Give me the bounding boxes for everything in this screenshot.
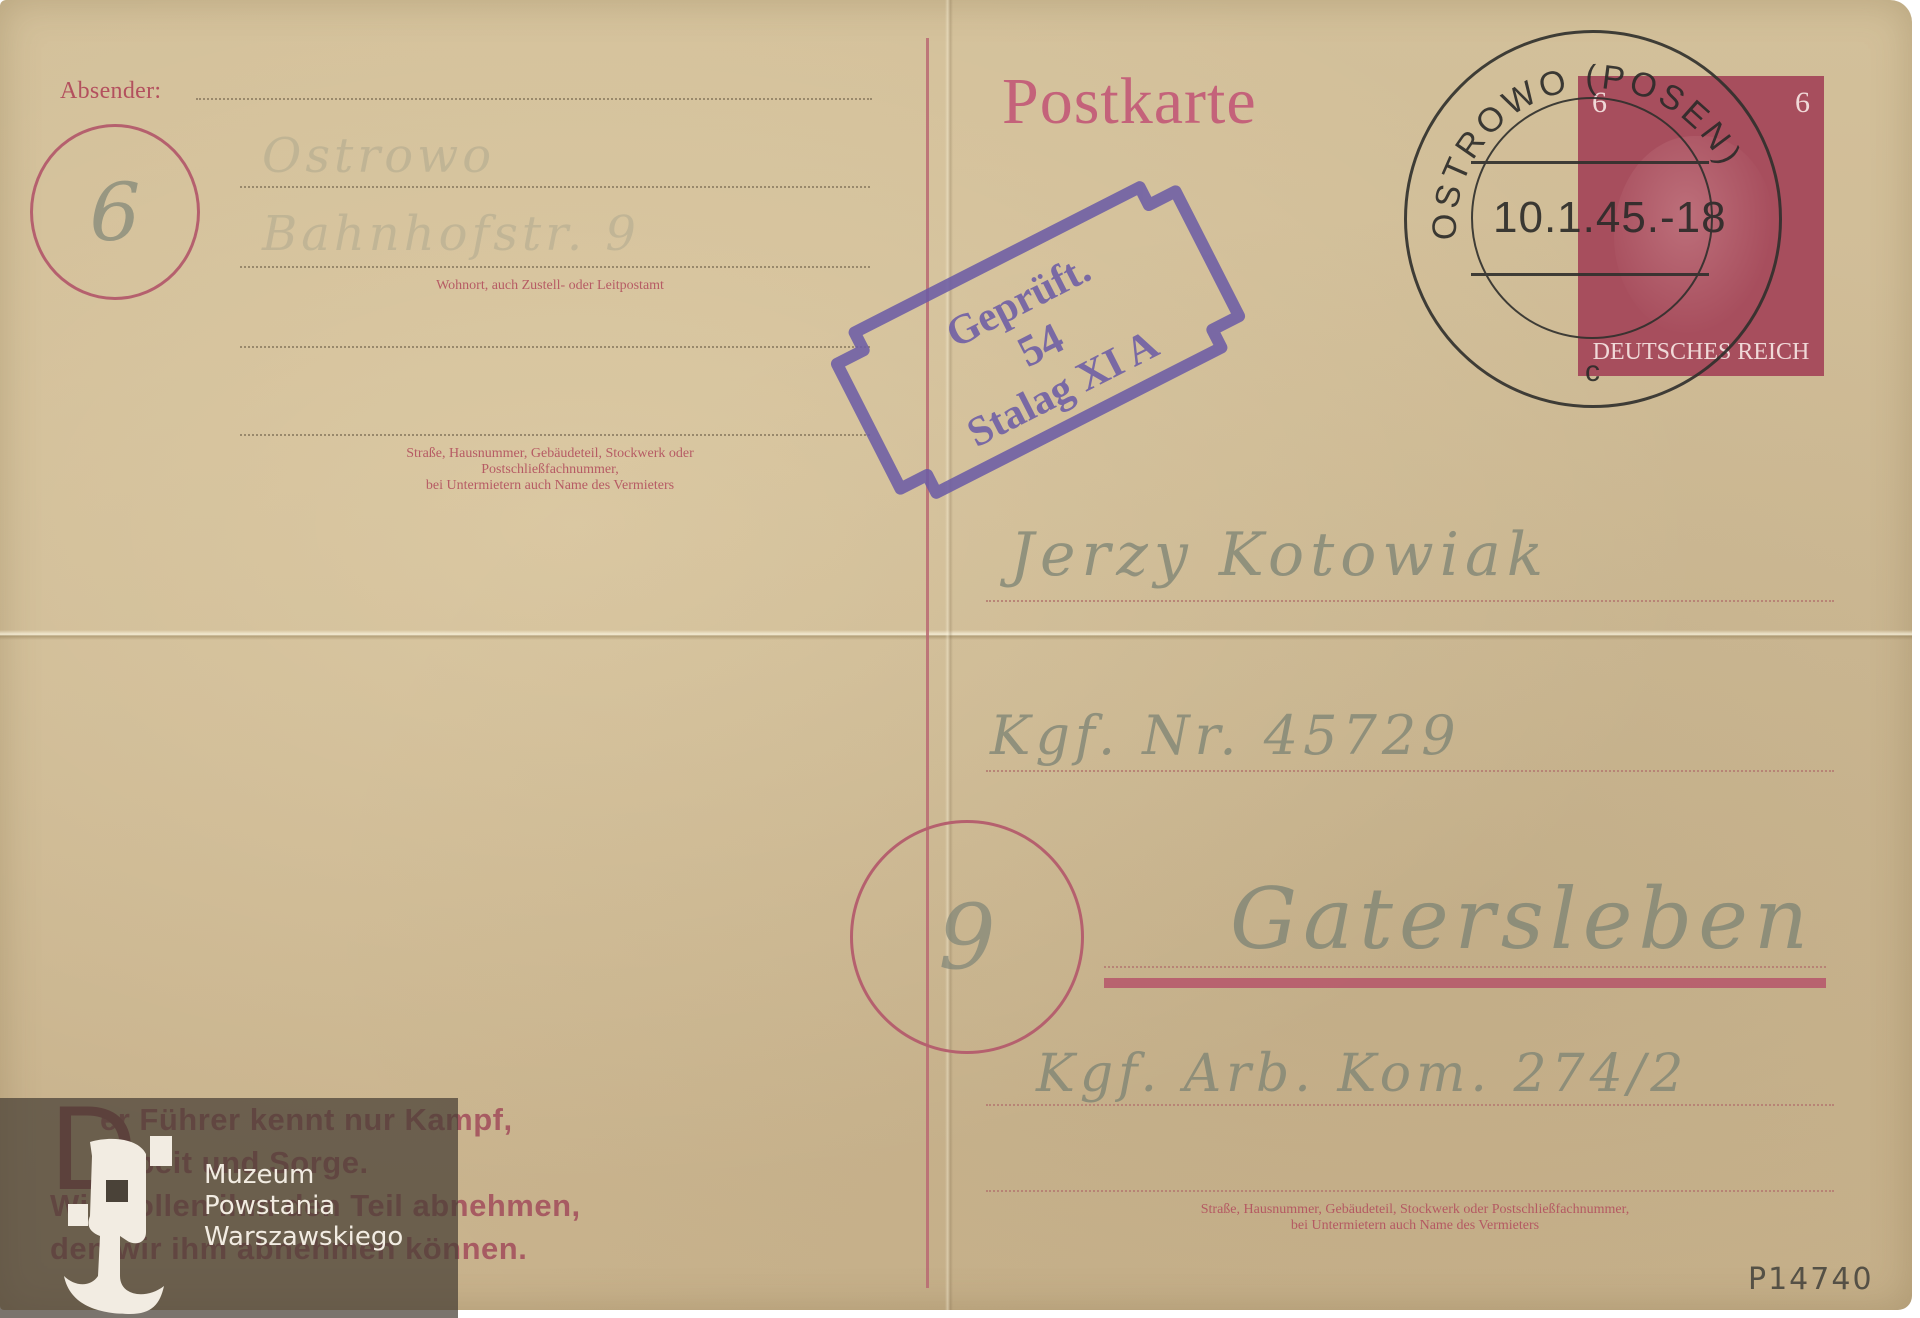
address-dotted-line	[986, 600, 1834, 602]
inventory-number: P14740	[1748, 1262, 1874, 1297]
sender-dotted-line	[240, 346, 870, 348]
address-dotted-line	[986, 1190, 1834, 1192]
recipient-street-caption-line2: bei Untermietern auch Name des Vermieter…	[1000, 1218, 1830, 1234]
address-dotted-line	[986, 770, 1834, 772]
stamp-value-right: 6	[1795, 86, 1810, 120]
recipient-circle-number: 9	[938, 885, 995, 990]
sender-dotted-line	[240, 434, 870, 436]
censor-stamp: Geprüft. 54 Stalag XI A	[808, 160, 1268, 520]
museum-name-line1: Muzeum	[204, 1160, 403, 1191]
postkarte-title: Postkarte	[1002, 64, 1257, 140]
address-dotted-line	[986, 1104, 1834, 1106]
postmark-bar	[1471, 273, 1709, 276]
address-dotted-line	[1104, 966, 1826, 968]
museum-watermark: Muzeum Powstania Warszawskiego	[0, 1098, 458, 1318]
sender-street-caption-line2: Postschließfachnummer,	[290, 462, 810, 478]
sender-dotted-line	[240, 186, 870, 188]
recipient-detail: Kgf. Arb. Kom. 274/2	[1036, 1044, 1688, 1104]
sender-handwriting-line1: Ostrowo	[262, 128, 495, 184]
sender-circle-mark: 6	[30, 124, 200, 300]
recipient-pow-number: Kgf. Nr. 45729	[990, 704, 1461, 767]
postcard: Absender: 6 Ostrowo Bahnhofstr. 9 Wohnor…	[0, 0, 1912, 1310]
recipient-circle-mark: 9	[850, 820, 1084, 1054]
postmark-bar	[1471, 161, 1709, 164]
sender-handwriting-line2: Bahnhofstr. 9	[262, 206, 640, 262]
recipient-street-caption: Straße, Hausnummer, Gebäudeteil, Stockwe…	[1000, 1202, 1830, 1234]
horizontal-fold-crease	[0, 630, 1912, 640]
recipient-street-caption-line1: Straße, Hausnummer, Gebäudeteil, Stockwe…	[1000, 1202, 1830, 1218]
sender-dotted-line	[196, 98, 872, 100]
sender-street-caption: Straße, Hausnummer, Gebäudeteil, Stockwe…	[290, 446, 810, 494]
sender-dotted-line	[240, 266, 870, 268]
sender-circle-number: 6	[90, 166, 141, 259]
town-underline-bar	[1104, 978, 1826, 988]
sender-street-caption-line3: bei Untermietern auch Name des Vermieter…	[290, 478, 810, 494]
sender-label: Absender:	[60, 78, 161, 105]
museum-name-line2: Powstania	[204, 1191, 403, 1222]
kotwica-anchor-logo-icon	[60, 1136, 176, 1316]
recipient-town: Gatersleben	[1230, 870, 1814, 968]
museum-name-line3: Warszawskiego	[204, 1222, 403, 1253]
museum-name: Muzeum Powstania Warszawskiego	[204, 1160, 403, 1253]
recipient-name: Jerzy Kotowiak	[1010, 520, 1549, 590]
residence-caption: Wohnort, auch Zustell- oder Leitpostamt	[300, 278, 800, 294]
postmark-date: 10.1.45.-18	[1493, 193, 1727, 243]
postmark-letter: c	[1585, 355, 1600, 389]
sender-street-caption-line1: Straße, Hausnummer, Gebäudeteil, Stockwe…	[290, 446, 810, 462]
postmark-cancellation: OSTROWO (POSEN) 10.1.45.-18 c	[1404, 30, 1782, 408]
